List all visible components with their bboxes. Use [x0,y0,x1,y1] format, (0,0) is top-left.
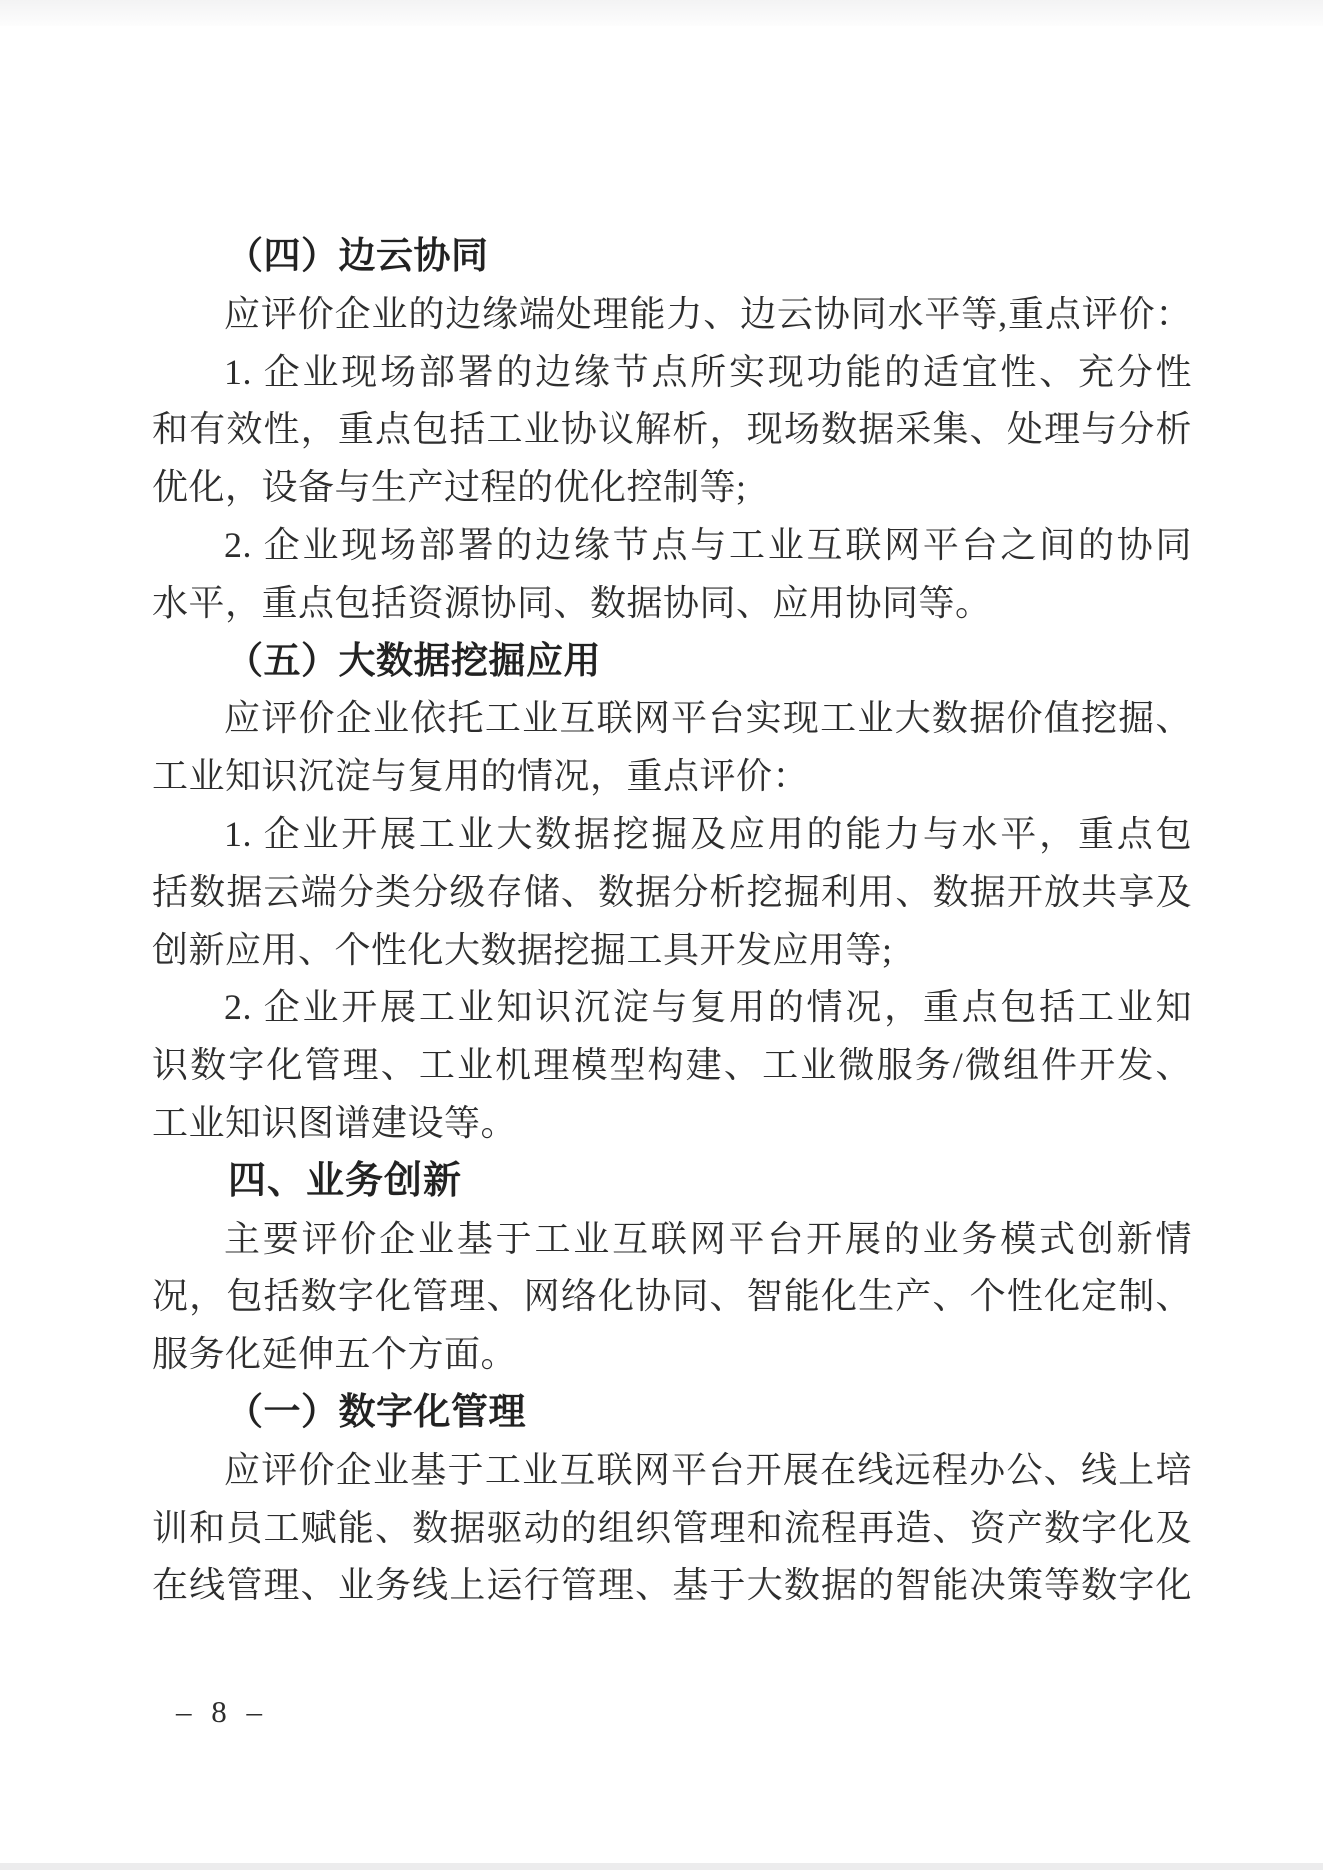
body-text-line: 1. 企业现场部署的边缘节点所实现功能的适宜性、充分性 [152,344,1192,402]
body-text-line: 训和员工赋能、数据驱动的组织管理和流程再造、资产数字化及 [152,1500,1192,1558]
body-text-line: 应评价企业依托工业互联网平台实现工业大数据价值挖掘、 [152,690,1192,748]
body-text-line: 主要评价企业基于工业互联网平台开展的业务模式创新情 [152,1211,1192,1269]
section-heading: （五）大数据挖掘应用 [152,633,1192,691]
section-heading: （一）数字化管理 [152,1384,1192,1442]
scanned-document-page: { "colors": { "ink": "#2d2d2d", "paper":… [0,0,1323,1870]
body-text-line: 创新应用、个性化大数据挖掘工具开发应用等; [152,922,1192,980]
body-text-line: 2. 企业开展工业知识沉淀与复用的情况，重点包括工业知 [152,979,1192,1037]
body-text-line: 服务化延伸五个方面。 [152,1326,1192,1384]
body-text-line: 优化，设备与生产过程的优化控制等; [152,459,1192,517]
body-text-line: 工业知识沉淀与复用的情况，重点评价： [152,748,1192,806]
body-text-line: 1. 企业开展工业大数据挖掘及应用的能力与水平，重点包 [152,806,1192,864]
scan-edge-bottom [0,1863,1323,1870]
body-text-line: 在线管理、业务线上运行管理、基于大数据的智能决策等数字化 [152,1557,1192,1615]
body-text-line: 2. 企业现场部署的边缘节点与工业互联网平台之间的协同 [152,517,1192,575]
scan-edge-top [0,0,1323,26]
body-text-line: 和有效性，重点包括工业协议解析，现场数据采集、处理与分析 [152,401,1192,459]
section-heading: （四）边云协同 [152,228,1192,286]
page-number: – 8 – [176,1694,268,1730]
body-text-line: 水平，重点包括资源协同、数据协同、应用协同等。 [152,575,1192,633]
body-text-line: 应评价企业的边缘端处理能力、边云协同水平等,重点评价： [152,286,1192,344]
document-body: （四）边云协同应评价企业的边缘端处理能力、边云协同水平等,重点评价：1. 企业现… [152,228,1192,1615]
body-text-line: 括数据云端分类分级存储、数据分析挖掘利用、数据开放共享及 [152,864,1192,922]
section-heading: 四、业务创新 [152,1153,1192,1211]
body-text-line: 况，包括数字化管理、网络化协同、智能化生产、个性化定制、 [152,1268,1192,1326]
body-text-line: 应评价企业基于工业互联网平台开展在线远程办公、线上培 [152,1442,1192,1500]
body-text-line: 工业知识图谱建设等。 [152,1095,1192,1153]
body-text-line: 识数字化管理、工业机理模型构建、工业微服务/微组件开发、 [152,1037,1192,1095]
